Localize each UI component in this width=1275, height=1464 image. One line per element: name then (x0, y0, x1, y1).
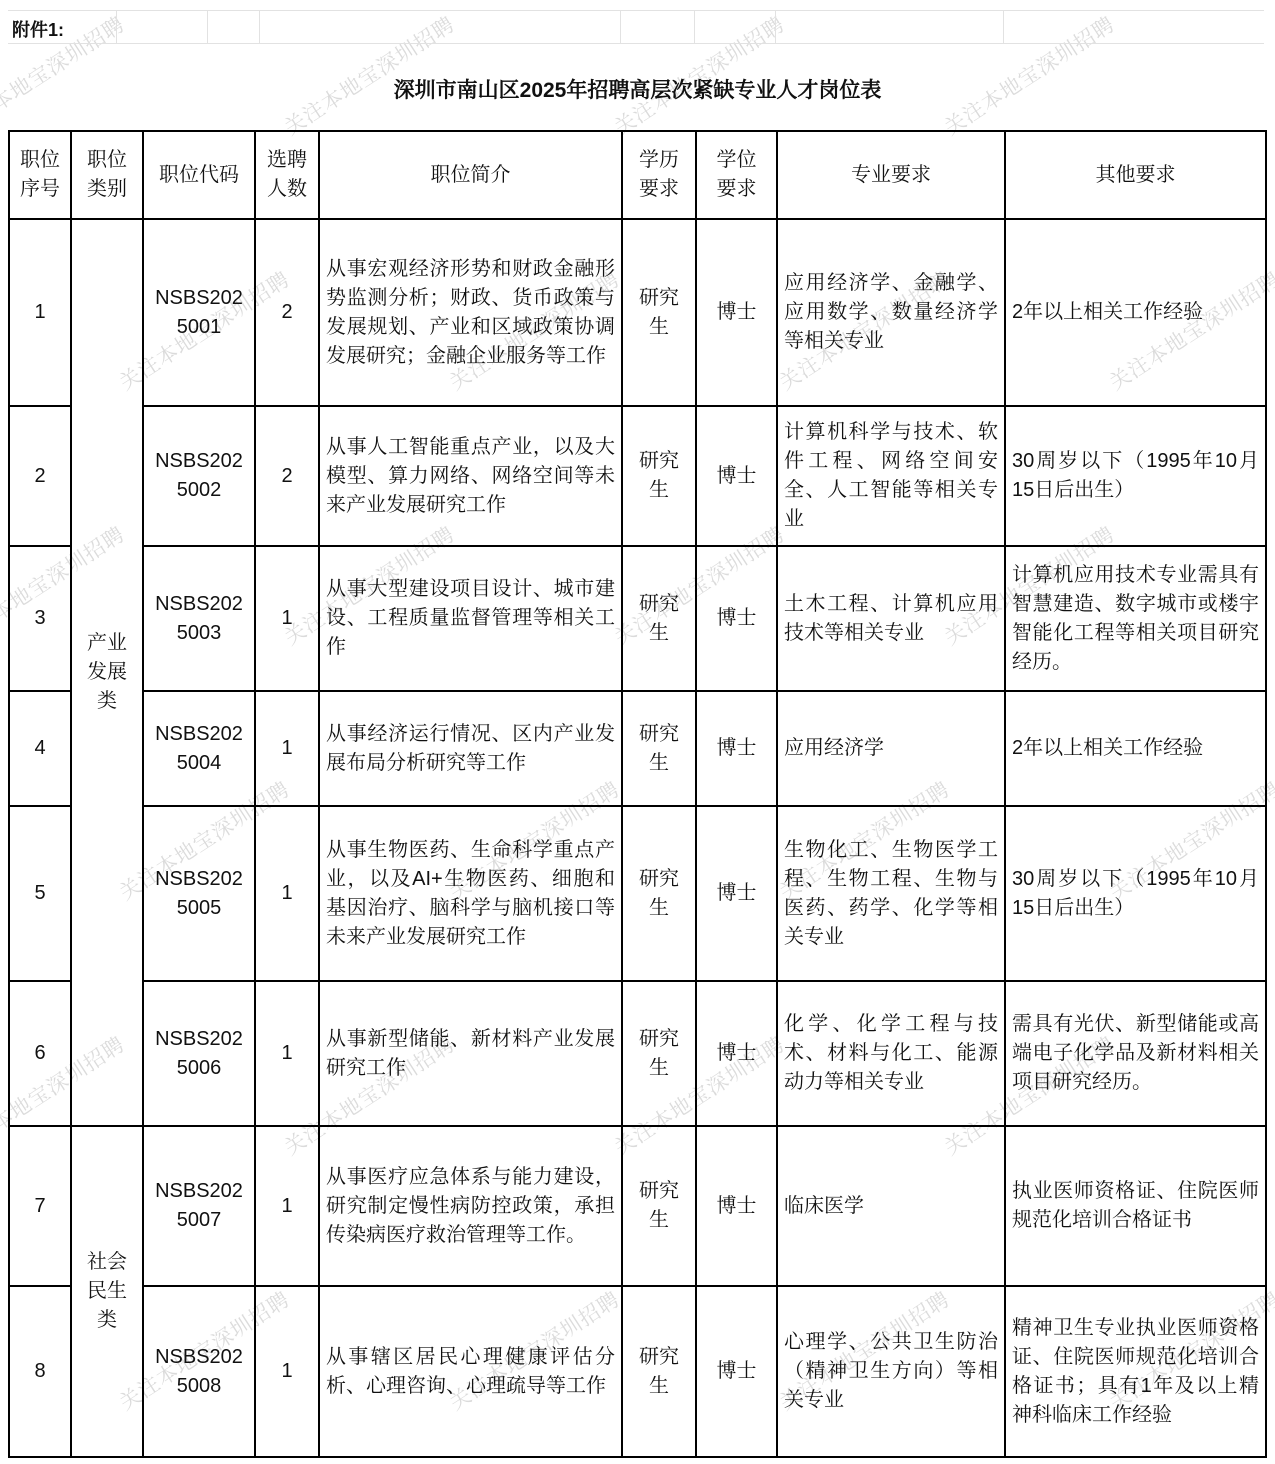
cell-education: 研究生 (622, 546, 696, 691)
cell-degree: 博士 (696, 1126, 777, 1286)
cell-education: 研究生 (622, 219, 696, 406)
cell-degree: 博士 (696, 546, 777, 691)
watermark-text: 关注本地宝深圳招聘 (1268, 519, 1275, 652)
top-grid-strip (8, 10, 1264, 44)
cell-major: 心理学、公共卫生防治（精神卫生方向）等相关专业 (777, 1286, 1005, 1457)
cell-description: 从事大型建设项目设计、城市建设、工程质量监督管理等相关工作 (319, 546, 622, 691)
cell-education: 研究生 (622, 691, 696, 806)
cell-position-no: 8 (9, 1286, 71, 1457)
cell-major: 土木工程、计算机应用技术等相关专业 (777, 546, 1005, 691)
table-row: 6 NSBS2025006 1 从事新型储能、新材料产业发展研究工作 研究生 博… (9, 981, 1266, 1126)
cell-education: 研究生 (622, 1126, 696, 1286)
cell-count: 1 (255, 981, 319, 1126)
cell-count: 2 (255, 406, 319, 546)
col-header-education: 学历要求 (622, 131, 696, 219)
col-header-position-no: 职位序号 (9, 131, 71, 219)
attachment-label: 附件1: (12, 16, 64, 42)
table-row: 7 社会民生类 NSBS2025007 1 从事医疗应急体系与能力建设，研究制定… (9, 1126, 1266, 1286)
col-header-code: 职位代码 (143, 131, 255, 219)
table-row: 5 NSBS2025005 1 从事生物医药、生命科学重点产业，以及AI+生物医… (9, 806, 1266, 981)
cell-position-no: 4 (9, 691, 71, 806)
cell-other: 2年以上相关工作经验 (1005, 219, 1266, 406)
watermark-text: 关注本地宝深圳招聘 (1268, 1029, 1275, 1162)
cell-count: 2 (255, 219, 319, 406)
job-position-table: 职位序号 职位类别 职位代码 选聘人数 职位简介 学历要求 学位要求 专业要求 … (8, 130, 1267, 1458)
cell-position-code: NSBS2025002 (143, 406, 255, 546)
cell-other: 执业医师资格证、住院医师规范化培训合格证书 (1005, 1126, 1266, 1286)
cell-position-code: NSBS2025006 (143, 981, 255, 1126)
table-row: 1 产业发展类 NSBS2025001 2 从事宏观经济形势和财政金融形势监测分… (9, 219, 1266, 406)
cell-degree: 博士 (696, 806, 777, 981)
cell-position-no: 3 (9, 546, 71, 691)
table-header-row: 职位序号 职位类别 职位代码 选聘人数 职位简介 学历要求 学位要求 专业要求 … (9, 131, 1266, 219)
cell-other: 30周岁以下（1995年10月15日后出生） (1005, 406, 1266, 546)
cell-position-no: 5 (9, 806, 71, 981)
page-title: 深圳市南山区2025年招聘高层次紧缺专业人才岗位表 (0, 74, 1275, 104)
cell-count: 1 (255, 806, 319, 981)
cell-category-industry: 产业发展类 (71, 219, 143, 1126)
cell-position-no: 2 (9, 406, 71, 546)
table-row: 4 NSBS2025004 1 从事经济运行情况、区内产业发展布局分析研究等工作… (9, 691, 1266, 806)
cell-position-no: 7 (9, 1126, 71, 1286)
table-row: 2 NSBS2025002 2 从事人工智能重点产业，以及大模型、算力网络、网络… (9, 406, 1266, 546)
cell-major: 应用经济学、金融学、应用数学、数量经济学等相关专业 (777, 219, 1005, 406)
cell-education: 研究生 (622, 1286, 696, 1457)
cell-count: 1 (255, 691, 319, 806)
cell-other: 精神卫生专业执业医师资格证、住院医师规范化培训合格证书；具有1年及以上精神科临床… (1005, 1286, 1266, 1457)
cell-other: 计算机应用技术专业需具有智慧建造、数字城市或楼宇智能化工程等相关项目研究经历。 (1005, 546, 1266, 691)
col-header-description: 职位简介 (319, 131, 622, 219)
cell-education: 研究生 (622, 806, 696, 981)
col-header-category: 职位类别 (71, 131, 143, 219)
cell-education: 研究生 (622, 406, 696, 546)
cell-position-code: NSBS2025005 (143, 806, 255, 981)
cell-position-code: NSBS2025007 (143, 1126, 255, 1286)
cell-degree: 博士 (696, 981, 777, 1126)
cell-degree: 博士 (696, 219, 777, 406)
cell-major: 生物化工、生物医学工程、生物工程、生物与医药、药学、化学等相关专业 (777, 806, 1005, 981)
cell-description: 从事经济运行情况、区内产业发展布局分析研究等工作 (319, 691, 622, 806)
cell-category-social: 社会民生类 (71, 1126, 143, 1457)
col-header-major: 专业要求 (777, 131, 1005, 219)
cell-description: 从事生物医药、生命科学重点产业，以及AI+生物医药、细胞和基因治疗、脑科学与脑机… (319, 806, 622, 981)
cell-degree: 博士 (696, 1286, 777, 1457)
cell-description: 从事新型储能、新材料产业发展研究工作 (319, 981, 622, 1126)
cell-position-code: NSBS2025008 (143, 1286, 255, 1457)
cell-other: 30周岁以下（1995年10月15日后出生） (1005, 806, 1266, 981)
cell-major: 计算机科学与技术、软件工程、网络空间安全、人工智能等相关专业 (777, 406, 1005, 546)
cell-description: 从事辖区居民心理健康评估分析、心理咨询、心理疏导等工作 (319, 1286, 622, 1457)
cell-count: 1 (255, 546, 319, 691)
cell-major: 化学、化学工程与技术、材料与化工、能源动力等相关专业 (777, 981, 1005, 1126)
col-header-degree: 学位要求 (696, 131, 777, 219)
cell-description: 从事人工智能重点产业，以及大模型、算力网络、网络空间等未来产业发展研究工作 (319, 406, 622, 546)
cell-degree: 博士 (696, 691, 777, 806)
cell-position-no: 1 (9, 219, 71, 406)
cell-count: 1 (255, 1126, 319, 1286)
col-header-other: 其他要求 (1005, 131, 1266, 219)
cell-description: 从事医疗应急体系与能力建设，研究制定慢性病防控政策，承担传染病医疗救治管理等工作… (319, 1126, 622, 1286)
cell-position-code: NSBS2025001 (143, 219, 255, 406)
cell-position-code: NSBS2025004 (143, 691, 255, 806)
cell-other: 2年以上相关工作经验 (1005, 691, 1266, 806)
cell-description: 从事宏观经济形势和财政金融形势监测分析；财政、货币政策与发展规划、产业和区域政策… (319, 219, 622, 406)
cell-major: 临床医学 (777, 1126, 1005, 1286)
cell-education: 研究生 (622, 981, 696, 1126)
cell-count: 1 (255, 1286, 319, 1457)
table-row: 8 NSBS2025008 1 从事辖区居民心理健康评估分析、心理咨询、心理疏导… (9, 1286, 1266, 1457)
cell-position-code: NSBS2025003 (143, 546, 255, 691)
cell-position-no: 6 (9, 981, 71, 1126)
cell-degree: 博士 (696, 406, 777, 546)
col-header-count: 选聘人数 (255, 131, 319, 219)
cell-other: 需具有光伏、新型储能或高端电子化学品及新材料相关项目研究经历。 (1005, 981, 1266, 1126)
cell-major: 应用经济学 (777, 691, 1005, 806)
table-row: 3 NSBS2025003 1 从事大型建设项目设计、城市建设、工程质量监督管理… (9, 546, 1266, 691)
